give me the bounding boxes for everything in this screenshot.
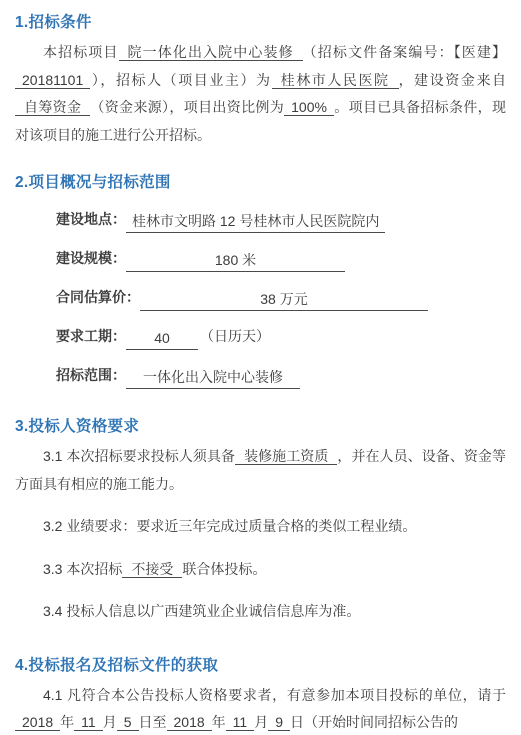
text-run: 日（开始时间同招标公告的 — [290, 714, 458, 730]
blank-consortium-acceptance: 不接受 — [122, 561, 182, 578]
blank-tenderee-name: 桂林市人民医院 — [272, 72, 399, 89]
text-run: 4.1 凡符合本公告投标人资格要求者，有意参加本项目投标的单位，请于 — [43, 687, 506, 703]
blank-record-number: 20181101 — [15, 72, 90, 89]
clause-3-2: 3.2 业绩要求：要求近三年完成过质量合格的类似工程业绩。 — [15, 513, 506, 541]
clause-3-4: 3.4 投标人信息以广西建筑业企业诚信信息库为准。 — [15, 598, 506, 626]
field-contract-estimate: 合同估算价：38 万元 — [56, 283, 506, 311]
text-run: 联合体投标。 — [182, 561, 266, 577]
field-value: 38 万元 — [140, 287, 428, 311]
field-required-duration: 要求工期：40（日历天） — [56, 322, 506, 350]
section-tender-conditions: 1.招标条件 本招标项目院一体化出入院中心装修（招标文件备案编号：【医建】201… — [15, 12, 506, 149]
tender-announcement-document: 1.招标条件 本招标项目院一体化出入院中心装修（招标文件备案编号：【医建】201… — [0, 0, 521, 735]
text-run: 3.3 本次招标 — [43, 561, 122, 577]
field-construction-site: 建设地点：桂林市文明路 12 号桂林市人民医院院内 — [56, 205, 506, 233]
field-value: 一体化出入院中心装修 — [126, 365, 300, 389]
section-2-heading: 2.项目概况与招标范围 — [15, 172, 506, 194]
field-label: 要求工期： — [56, 328, 126, 344]
text-run: 月 — [103, 714, 117, 730]
blank-funding-ratio: 100% — [284, 99, 334, 116]
text-run: （资金来源），项目出资比例为 — [90, 99, 284, 115]
field-value: 桂林市文明路 12 号桂林市人民医院院内 — [126, 209, 385, 233]
field-value: 40 — [126, 326, 198, 350]
section-1-paragraph: 本招标项目院一体化出入院中心装修（招标文件备案编号：【医建】20181101），… — [15, 39, 506, 149]
section-1-heading: 1.招标条件 — [15, 12, 506, 34]
text-run: （招标文件备案编号：【医建】 — [303, 44, 506, 60]
blank-start-day: 5 — [117, 714, 139, 731]
field-label: 建设地点： — [56, 211, 126, 227]
field-label: 合同估算价： — [56, 289, 140, 305]
clause-3-1: 3.1 本次招标要求投标人须具备装修施工资质，并在人员、设备、资金等方面具有相应… — [15, 443, 506, 498]
section-registration-and-documents: 4.投标报名及招标文件的获取 4.1 凡符合本公告投标人资格要求者，有意参加本项… — [15, 655, 506, 735]
text-run: 3.1 本次招标要求投标人须具备 — [43, 448, 235, 464]
project-fields: 建设地点：桂林市文明路 12 号桂林市人民医院院内 建设规模：180 米 合同估… — [15, 205, 506, 389]
blank-end-year: 2018 — [167, 714, 212, 731]
section-4-heading: 4.投标报名及招标文件的获取 — [15, 655, 506, 677]
text-run: 月 — [254, 714, 268, 730]
field-tender-scope: 招标范围：一体化出入院中心装修 — [56, 361, 506, 389]
text-run: ，建设资金来自 — [399, 72, 506, 88]
section-3-heading: 3.投标人资格要求 — [15, 416, 506, 438]
text-run: 本招标项目 — [43, 44, 119, 60]
blank-start-month: 11 — [74, 714, 103, 731]
blank-project-name: 院一体化出入院中心装修 — [119, 44, 303, 61]
blank-start-year: 2018 — [15, 714, 60, 731]
field-value: 180 米 — [126, 248, 345, 272]
blank-end-day: 9 — [268, 714, 290, 731]
field-suffix: （日历天） — [200, 328, 270, 344]
text-run: 年 — [60, 714, 74, 730]
text-run: 日至 — [139, 714, 167, 730]
section-project-overview: 2.项目概况与招标范围 建设地点：桂林市文明路 12 号桂林市人民医院院内 建设… — [15, 172, 506, 389]
clause-3-3: 3.3 本次招标不接受联合体投标。 — [15, 556, 506, 584]
clause-4-1: 4.1 凡符合本公告投标人资格要求者，有意参加本项目投标的单位，请于2018年1… — [15, 682, 506, 735]
blank-fund-source: 自筹资金 — [15, 99, 90, 116]
field-label: 建设规模： — [56, 250, 126, 266]
field-label: 招标范围： — [56, 367, 126, 383]
blank-end-month: 11 — [226, 714, 255, 731]
text-run: 年 — [212, 714, 226, 730]
text-run: ），招标人（项目业主）为 — [90, 72, 271, 88]
section-bidder-qualifications: 3.投标人资格要求 3.1 本次招标要求投标人须具备装修施工资质，并在人员、设备… — [15, 416, 506, 626]
field-construction-scale: 建设规模：180 米 — [56, 244, 506, 272]
blank-required-qualification: 装修施工资质 — [235, 448, 337, 465]
